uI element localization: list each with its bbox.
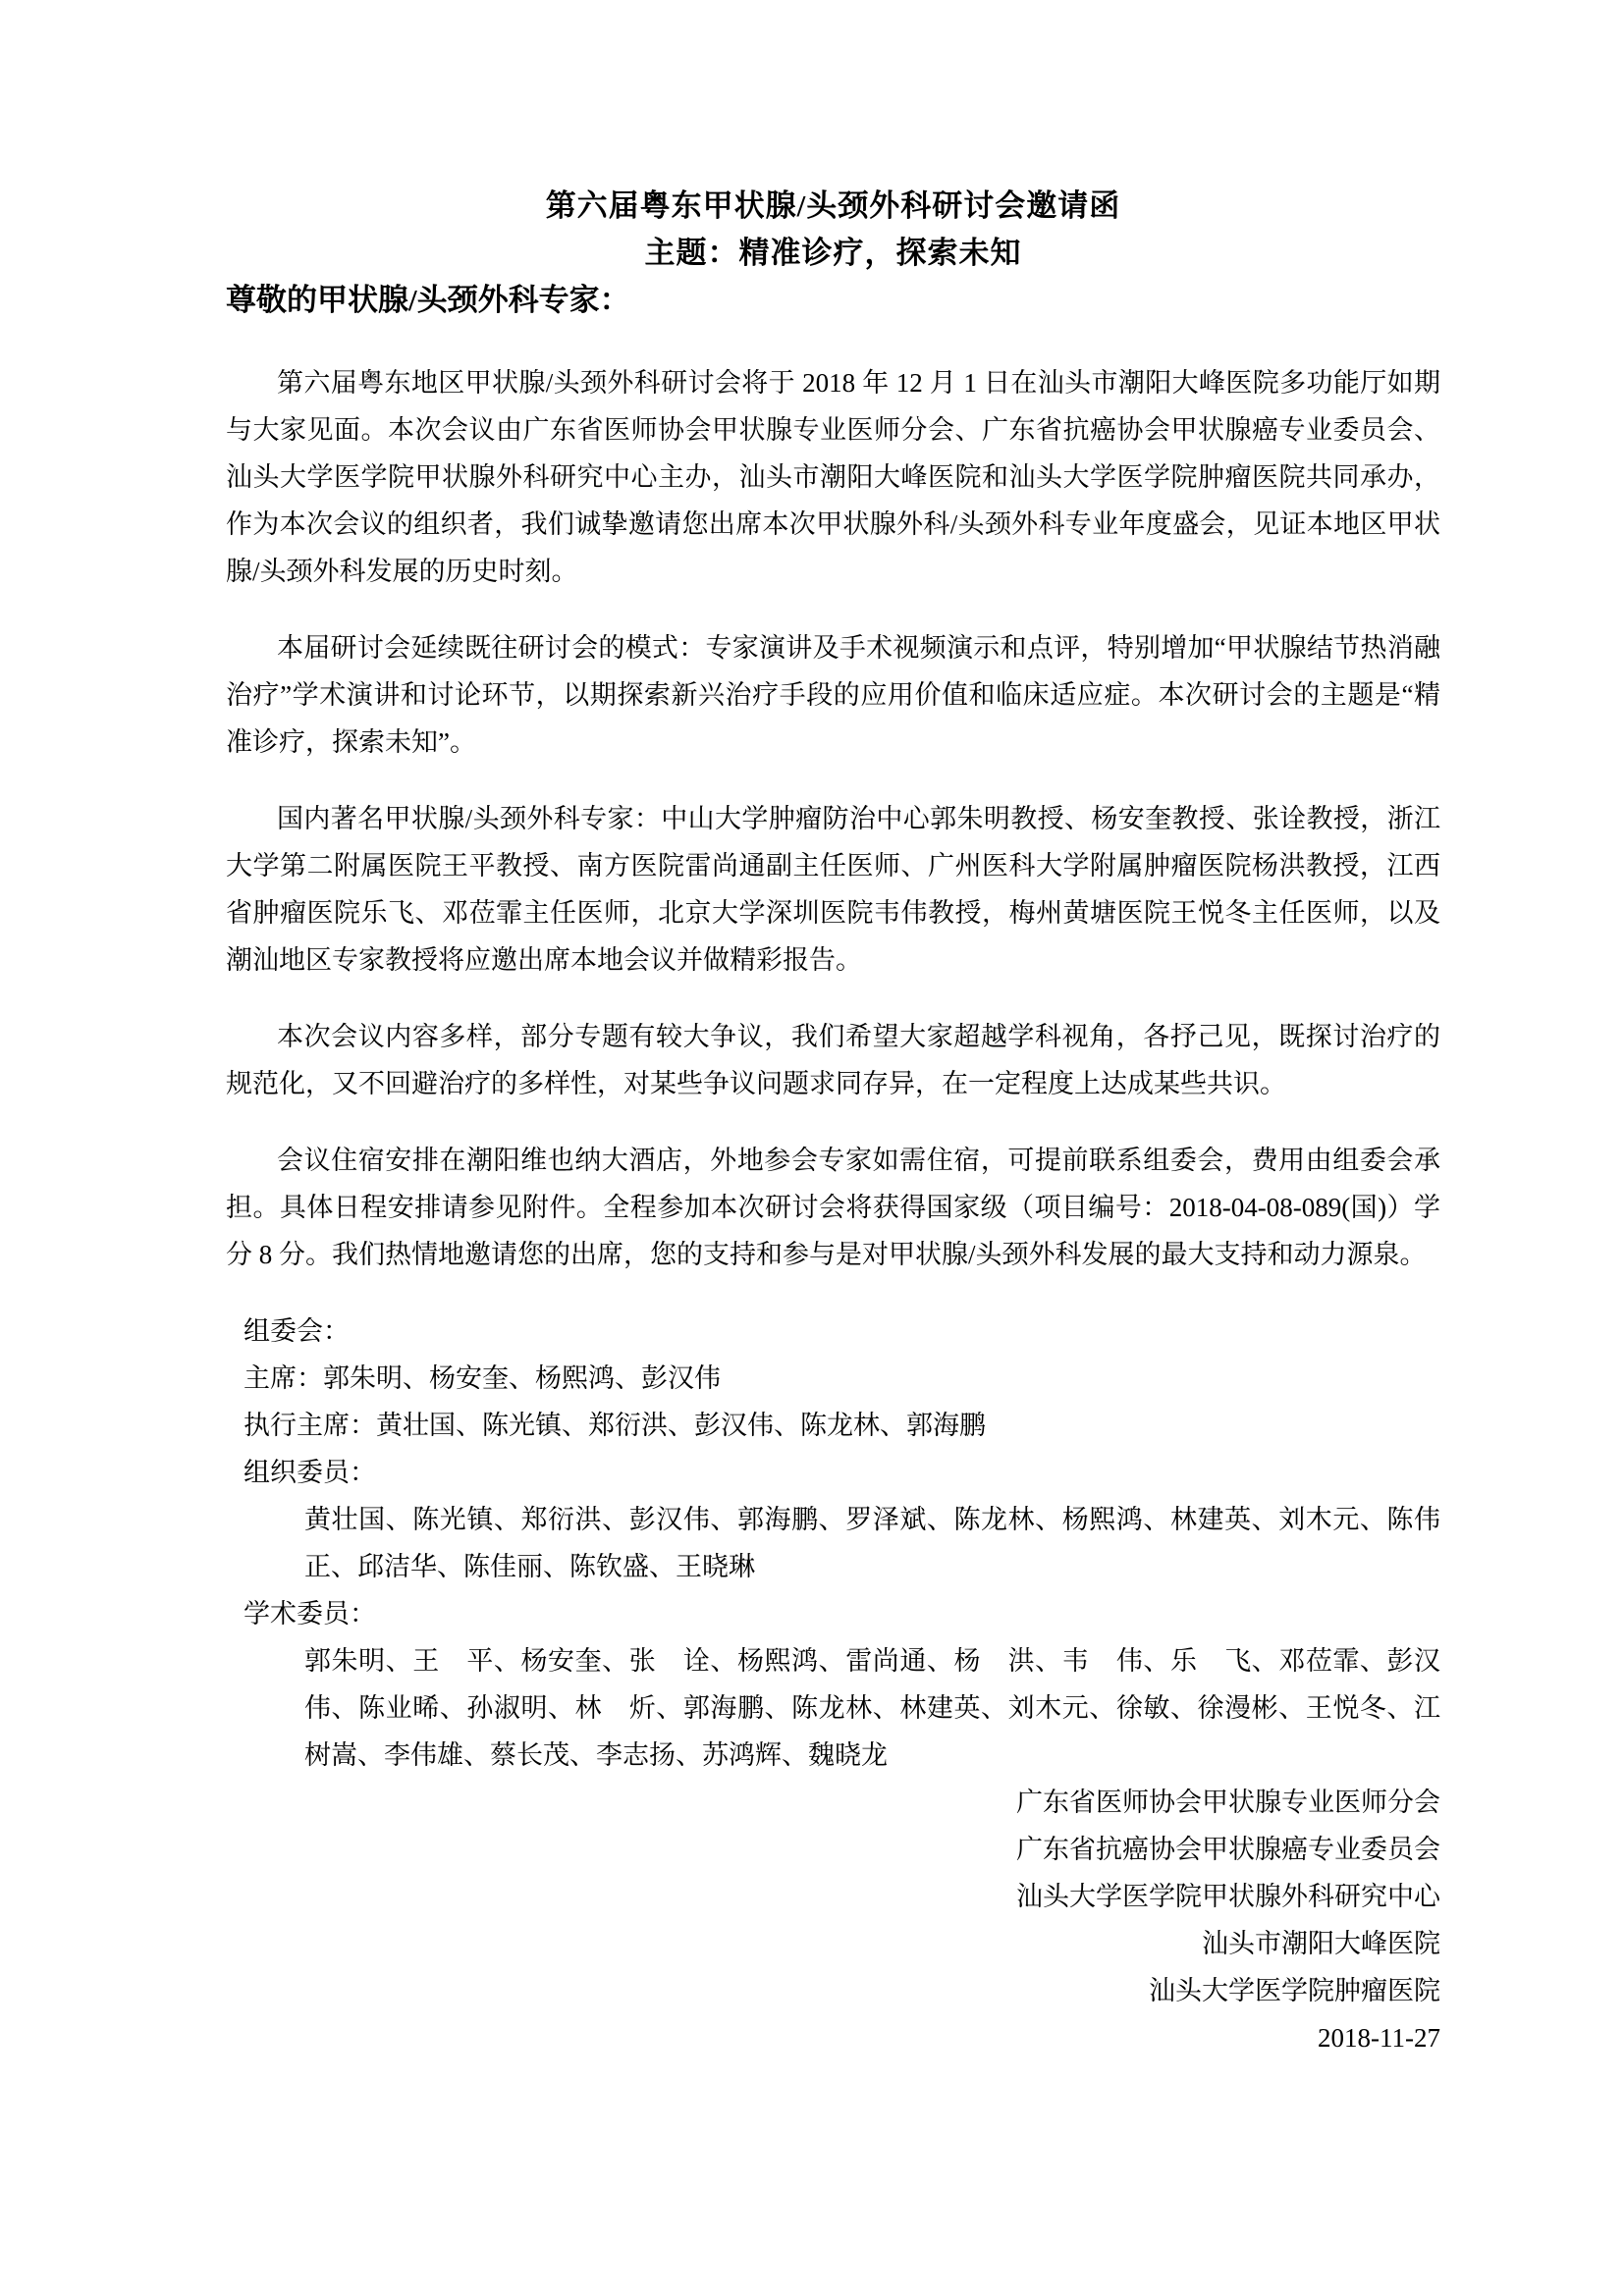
signature-date: 2018-11-27 — [226, 2014, 1440, 2061]
paragraph-discussion-scope: 本次会议内容多样，部分专题有较大争议，我们希望大家超越学科视角，各抒己见，既探讨… — [226, 1013, 1440, 1107]
committee-chairs-line: 主席：郭朱明、杨安奎、杨熙鸿、彭汉伟 — [226, 1355, 1440, 1402]
paragraph-invited-experts: 国内著名甲状腺/头颈外科专家：中山大学肿瘤防治中心郭朱明教授、杨安奎教授、张诠教… — [226, 795, 1440, 984]
organizing-members-list: 黄壮国、陈光镇、郑衍洪、彭汉伟、郭海鹏、罗泽斌、陈龙林、杨熙鸿、林建英、刘木元、… — [226, 1496, 1440, 1590]
signing-organization: 广东省抗癌协会甲状腺癌专业委员会 — [226, 1826, 1440, 1873]
organizing-members-label: 组织委员： — [226, 1449, 1440, 1496]
paragraph-conference-format: 本届研讨会延续既往研讨会的模式：专家演讲及手术视频演示和点评，特别增加“甲状腺结… — [226, 624, 1440, 766]
committee-section: 组委会： 主席：郭朱明、杨安奎、杨熙鸿、彭汉伟 执行主席：黄壮国、陈光镇、郑衍洪… — [226, 1308, 1440, 1779]
document-subtitle: 主题：精准诊疗，探索未知 — [226, 230, 1440, 277]
document-title: 第六届粤东甲状腺/头颈外科研讨会邀请函 — [226, 183, 1440, 230]
signing-organization: 广东省医师协会甲状腺专业医师分会 — [226, 1779, 1440, 1826]
paragraph-logistics-credits: 会议住宿安排在潮阳维也纳大酒店，外地参会专家如需住宿，可提前联系组委会，费用由组… — [226, 1137, 1440, 1278]
signing-organization: 汕头市潮阳大峰医院 — [226, 1920, 1440, 1967]
paragraph-conference-intro: 第六届粤东地区甲状腺/头颈外科研讨会将于 2018 年 12 月 1 日在汕头市… — [226, 359, 1440, 595]
signature-block: 广东省医师协会甲状腺专业医师分会 广东省抗癌协会甲状腺癌专业委员会 汕头大学医学… — [226, 1779, 1440, 2061]
document-page: 第六届粤东甲状腺/头颈外科研讨会邀请函 主题：精准诊疗，探索未知 尊敬的甲状腺/… — [0, 0, 1624, 2296]
signing-organization: 汕头大学医学院肿瘤医院 — [226, 1967, 1440, 2014]
academic-members-label: 学术委员： — [226, 1590, 1440, 1637]
committee-executive-chairs-line: 执行主席：黄壮国、陈光镇、郑衍洪、彭汉伟、陈龙林、郭海鹏 — [226, 1402, 1440, 1449]
signing-organization: 汕头大学医学院甲状腺外科研究中心 — [226, 1873, 1440, 1920]
salutation: 尊敬的甲状腺/头颈外科专家： — [226, 277, 1440, 324]
academic-members-list: 郭朱明、王 平、杨安奎、张 诠、杨熙鸿、雷尚通、杨 洪、韦 伟、乐 飞、邓莅霏、… — [226, 1637, 1440, 1779]
committee-heading: 组委会： — [226, 1308, 1440, 1355]
